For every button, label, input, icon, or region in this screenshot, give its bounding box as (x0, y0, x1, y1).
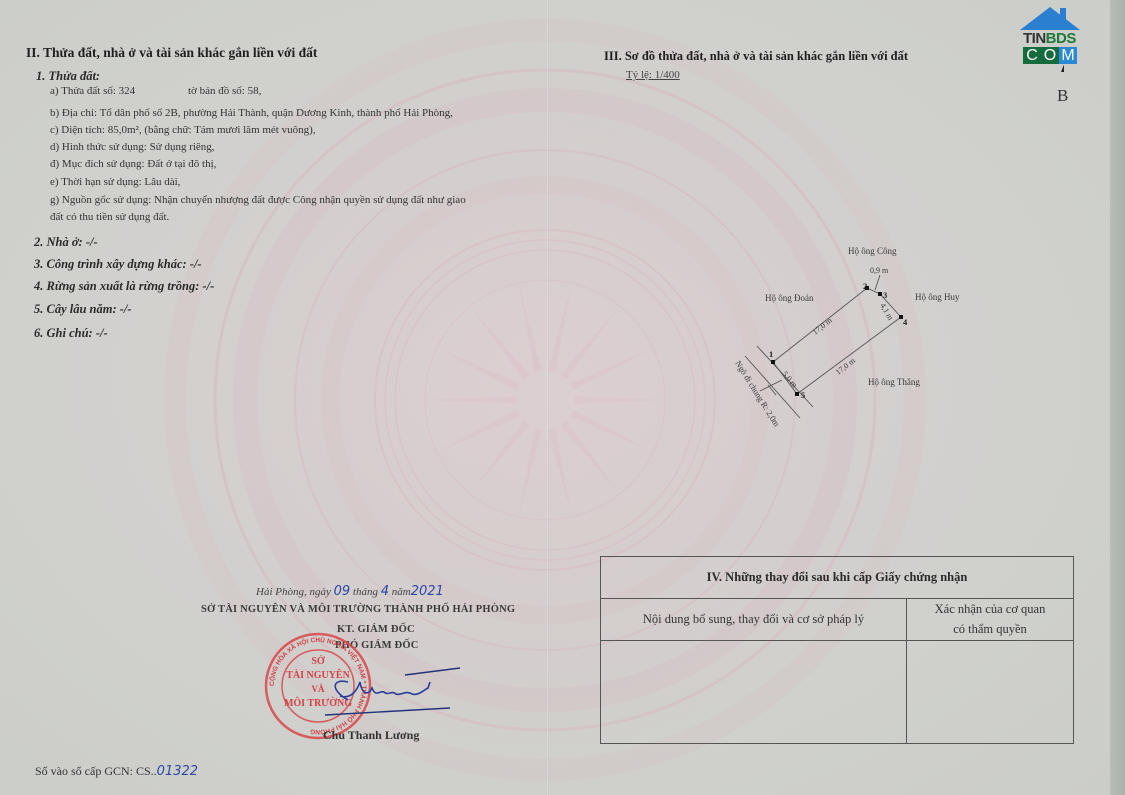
section-ii-title: II. Thửa đất, nhà ở và tài sản khác gắn … (26, 45, 317, 61)
logo-bds: BDS (1046, 30, 1076, 47)
column-header-confirmation-line1: Xác nhận của cơ quan (935, 599, 1046, 619)
svg-text:2: 2 (863, 281, 867, 291)
changes-table: IV. Những thay đổi sau khi cấp Giấy chứn… (600, 556, 1074, 744)
svg-text:5,0 m: 5,0 m (780, 370, 799, 390)
registry-number: 01322 (157, 764, 198, 779)
logo-tin: TIN (1023, 30, 1046, 47)
svg-text:3: 3 (883, 290, 887, 300)
registry-number-line: Số vào sổ cấp GCN: CS..01322 (35, 764, 198, 779)
tinbds-logo: TINBDS C O M (1020, 4, 1080, 64)
land-item-a: a) Thửa đất số: 324 (50, 85, 135, 97)
svg-text:Hộ ông Đoán: Hộ ông Đoán (765, 293, 814, 303)
signer-name: Chu Thanh Lương (323, 728, 419, 743)
map-sheet-number: tờ bản đồ số: 58, (188, 85, 261, 97)
svg-text:Hộ ông Thắng: Hộ ông Thắng (868, 377, 920, 387)
issue-day: 09 (334, 584, 351, 599)
land-item-g: g) Nguồn gốc sử dụng: Nhận chuyển nhượng… (50, 194, 466, 206)
svg-text:1: 1 (769, 349, 773, 359)
svg-text:4: 4 (903, 317, 908, 327)
svg-text:Hộ ông Công: Hộ ông Công (848, 246, 897, 256)
svg-text:Hộ ông Huy: Hộ ông Huy (915, 292, 960, 302)
item-notes: 6. Ghi chú: -/- (34, 326, 108, 341)
section-iii-title: III. Sơ đồ thửa đất, nhà ở và tài sản kh… (604, 49, 908, 64)
svg-text:17,0 m: 17,0 m (834, 356, 858, 377)
month-word: tháng (353, 586, 378, 598)
land-item-d: d) Hình thức sử dụng: Sử dụng riêng, (50, 141, 215, 153)
changes-table-title: IV. Những thay đổi sau khi cấp Giấy chứn… (601, 557, 1073, 599)
land-heading: 1. Thửa đất: (36, 69, 100, 84)
land-item-c: c) Diện tích: 85,0m², (bằng chữ: Tám mươ… (50, 124, 316, 136)
land-item-g-cont: đất có thu tiền sử dụng đất. (50, 211, 169, 223)
logo-o: O (1041, 47, 1059, 64)
date-prefix: Hải Phòng, ngày (256, 586, 331, 598)
year-word: năm (392, 586, 411, 598)
svg-text:5: 5 (801, 390, 805, 400)
issuing-agency: SỞ TÀI NGUYÊN VÀ MÔI TRƯỜNG THÀNH PHỐ HẢ… (201, 604, 515, 615)
changes-confirmation-cell (907, 641, 1073, 743)
land-item-b: b) Địa chỉ: Tổ dân phố số 2B, phường Hải… (50, 107, 453, 119)
land-plot-diagram: 1 2 3 4 5 17,0 m 0,9 m 4,1 m 17,0 m 5,0 … (720, 235, 980, 435)
changes-content-cell (601, 641, 907, 743)
north-label: B (1057, 86, 1068, 106)
land-item-e: e) Thời hạn sử dụng: Lâu dài, (50, 176, 180, 188)
issue-year: 2021 (411, 584, 444, 599)
page-edge (1110, 0, 1125, 795)
issue-date-line: Hải Phòng, ngày 09 tháng 4 năm2021 (256, 584, 444, 599)
item-house: 2. Nhà ở: -/- (34, 235, 98, 250)
handwritten-signature (320, 660, 465, 720)
column-header-content: Nội dung bổ sung, thay đổi và cơ sở pháp… (601, 598, 907, 641)
map-scale: Tỷ lệ: 1/400 (626, 69, 680, 81)
column-header-confirmation-line2: có thẩm quyền (935, 619, 1046, 639)
house-roof-icon (1020, 4, 1080, 32)
column-header-confirmation: Xác nhận của cơ quan có thẩm quyền (907, 598, 1073, 641)
svg-text:0,9 m: 0,9 m (870, 266, 889, 275)
item-other-construction: 3. Công trình xây dựng khác: -/- (34, 257, 202, 272)
svg-text:17,0 m: 17,0 m (811, 315, 835, 336)
svg-text:4,1 m: 4,1 m (878, 302, 895, 323)
page-fold (547, 0, 549, 795)
item-production-forest: 4. Rừng sản xuất là rừng trồng: -/- (34, 279, 214, 294)
land-item-dd: đ) Mục đích sử dụng: Đất ở tại đô thị, (50, 158, 216, 170)
logo-c: C (1023, 47, 1041, 64)
issue-month: 4 (381, 584, 389, 599)
registry-label: Số vào sổ cấp GCN: CS.. (35, 764, 157, 778)
item-perennial-trees: 5. Cây lâu năm: -/- (34, 302, 132, 317)
